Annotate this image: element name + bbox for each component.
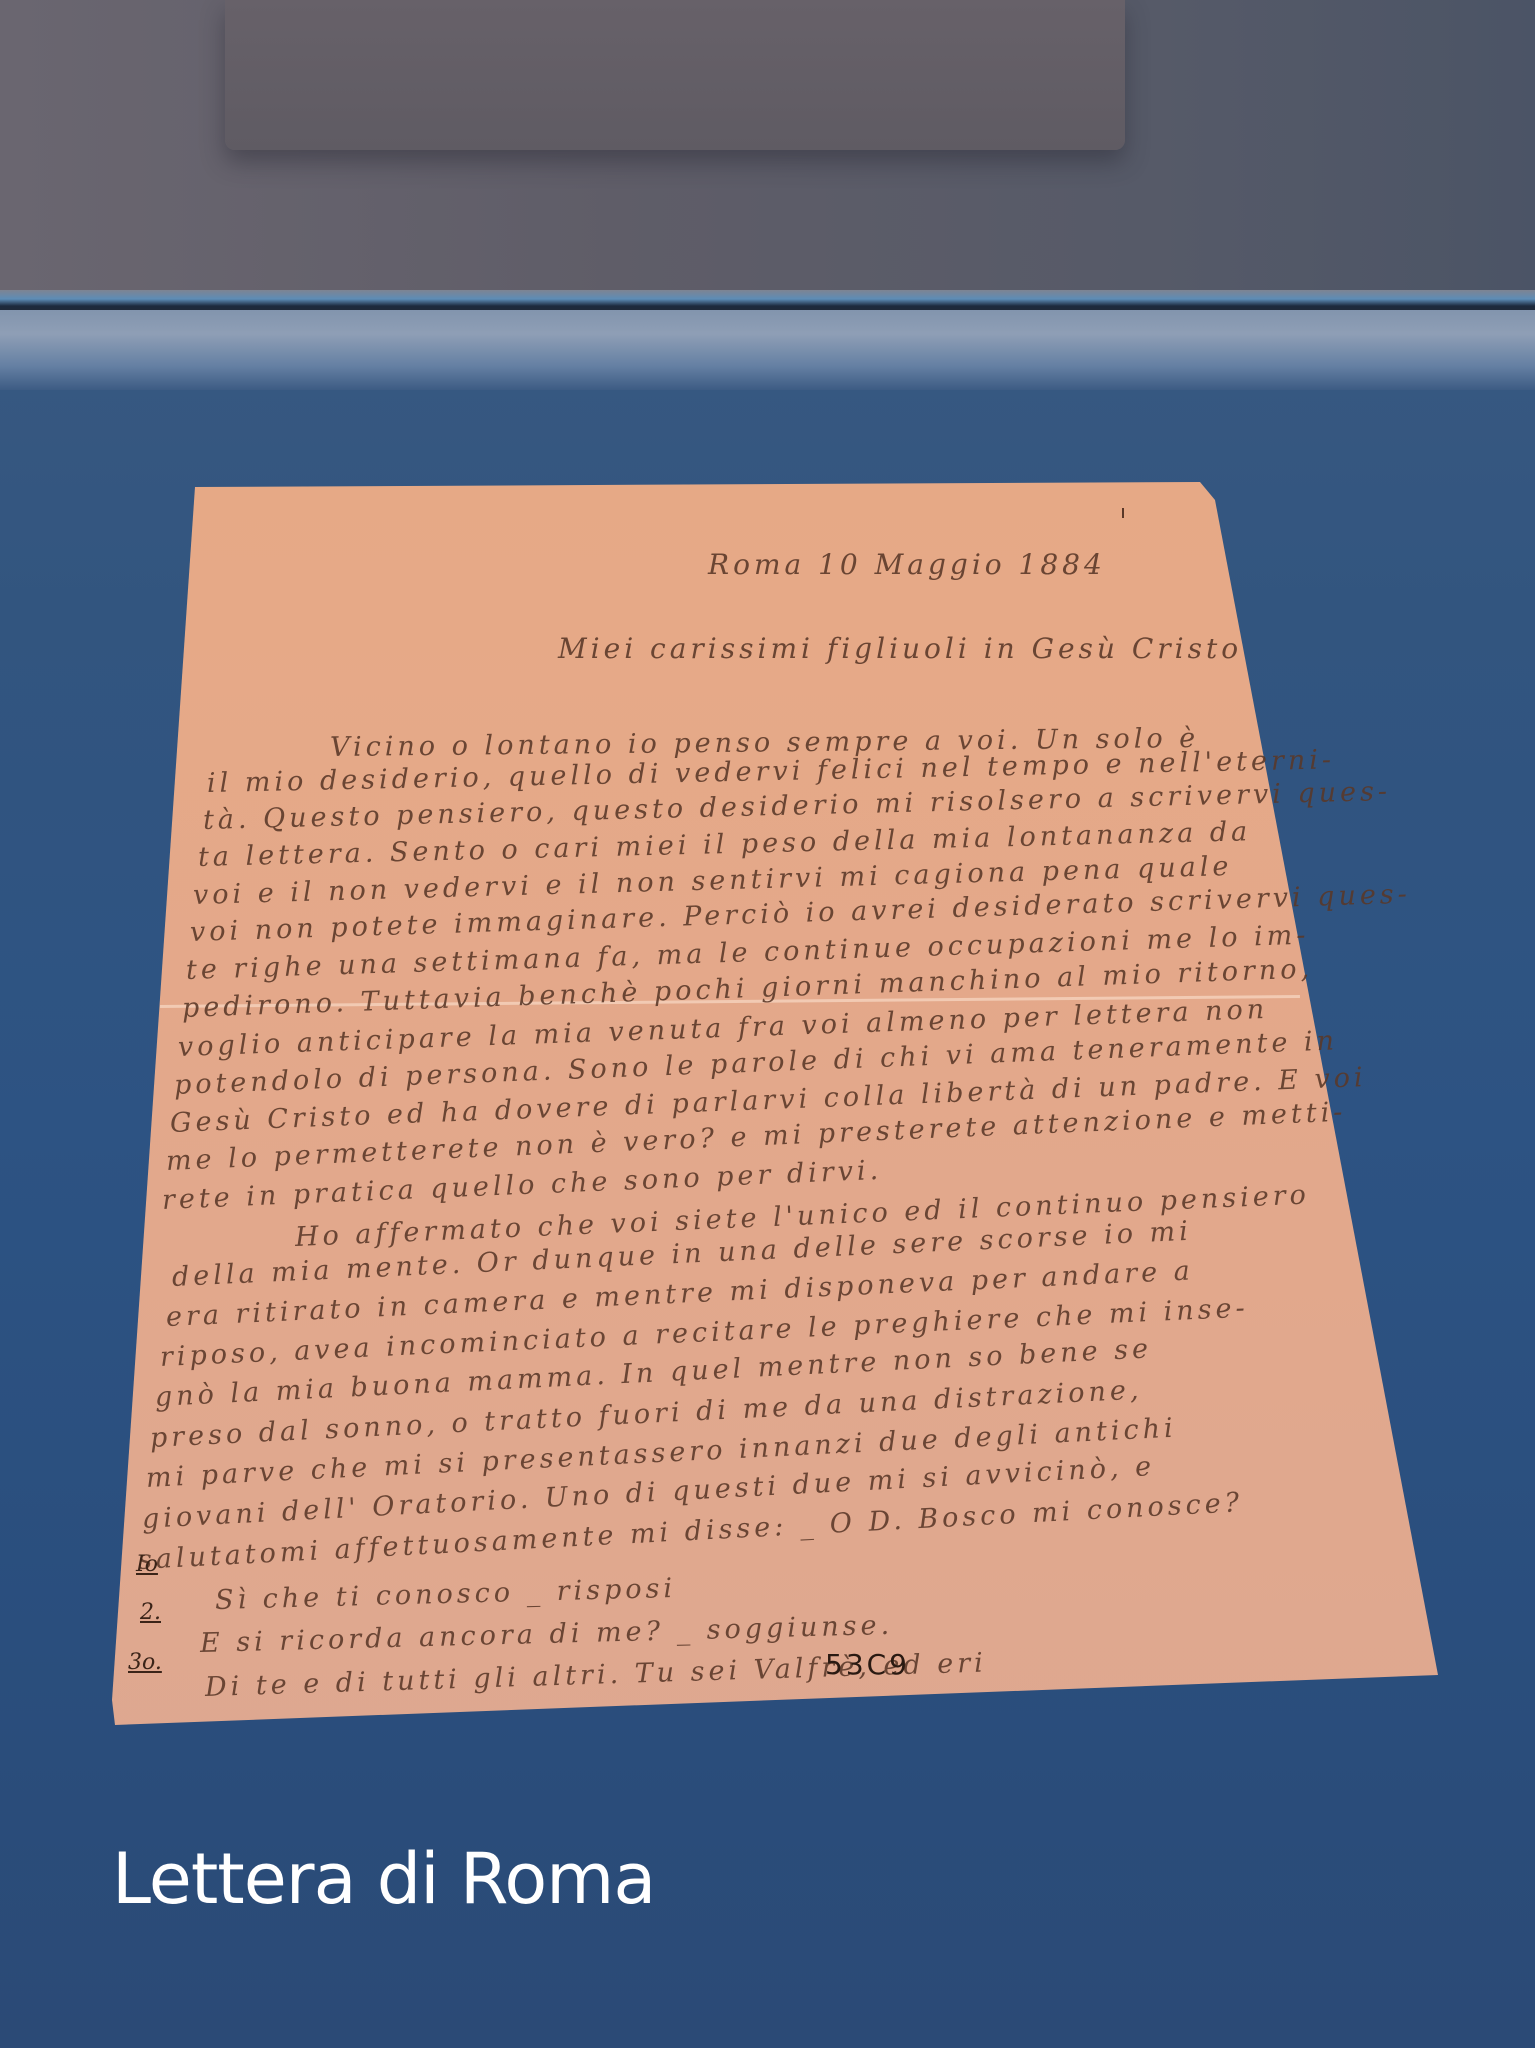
page-mark <box>1122 508 1124 518</box>
margin-label: 3o. <box>128 1650 162 1675</box>
letter-salutation: Miei carissimi figliuoli in Gesù Cristo <box>558 632 1242 665</box>
margin-label: Io <box>136 1552 158 1577</box>
caption-title: Lettera di Roma <box>112 1838 655 1920</box>
handwritten-letter: Roma 10 Maggio 1884 Miei carissimi figli… <box>0 0 1535 2048</box>
archive-number: 53C9 <box>825 1648 910 1681</box>
letter-dateline: Roma 10 Maggio 1884 <box>708 548 1106 581</box>
margin-label: 2. <box>140 1600 161 1625</box>
